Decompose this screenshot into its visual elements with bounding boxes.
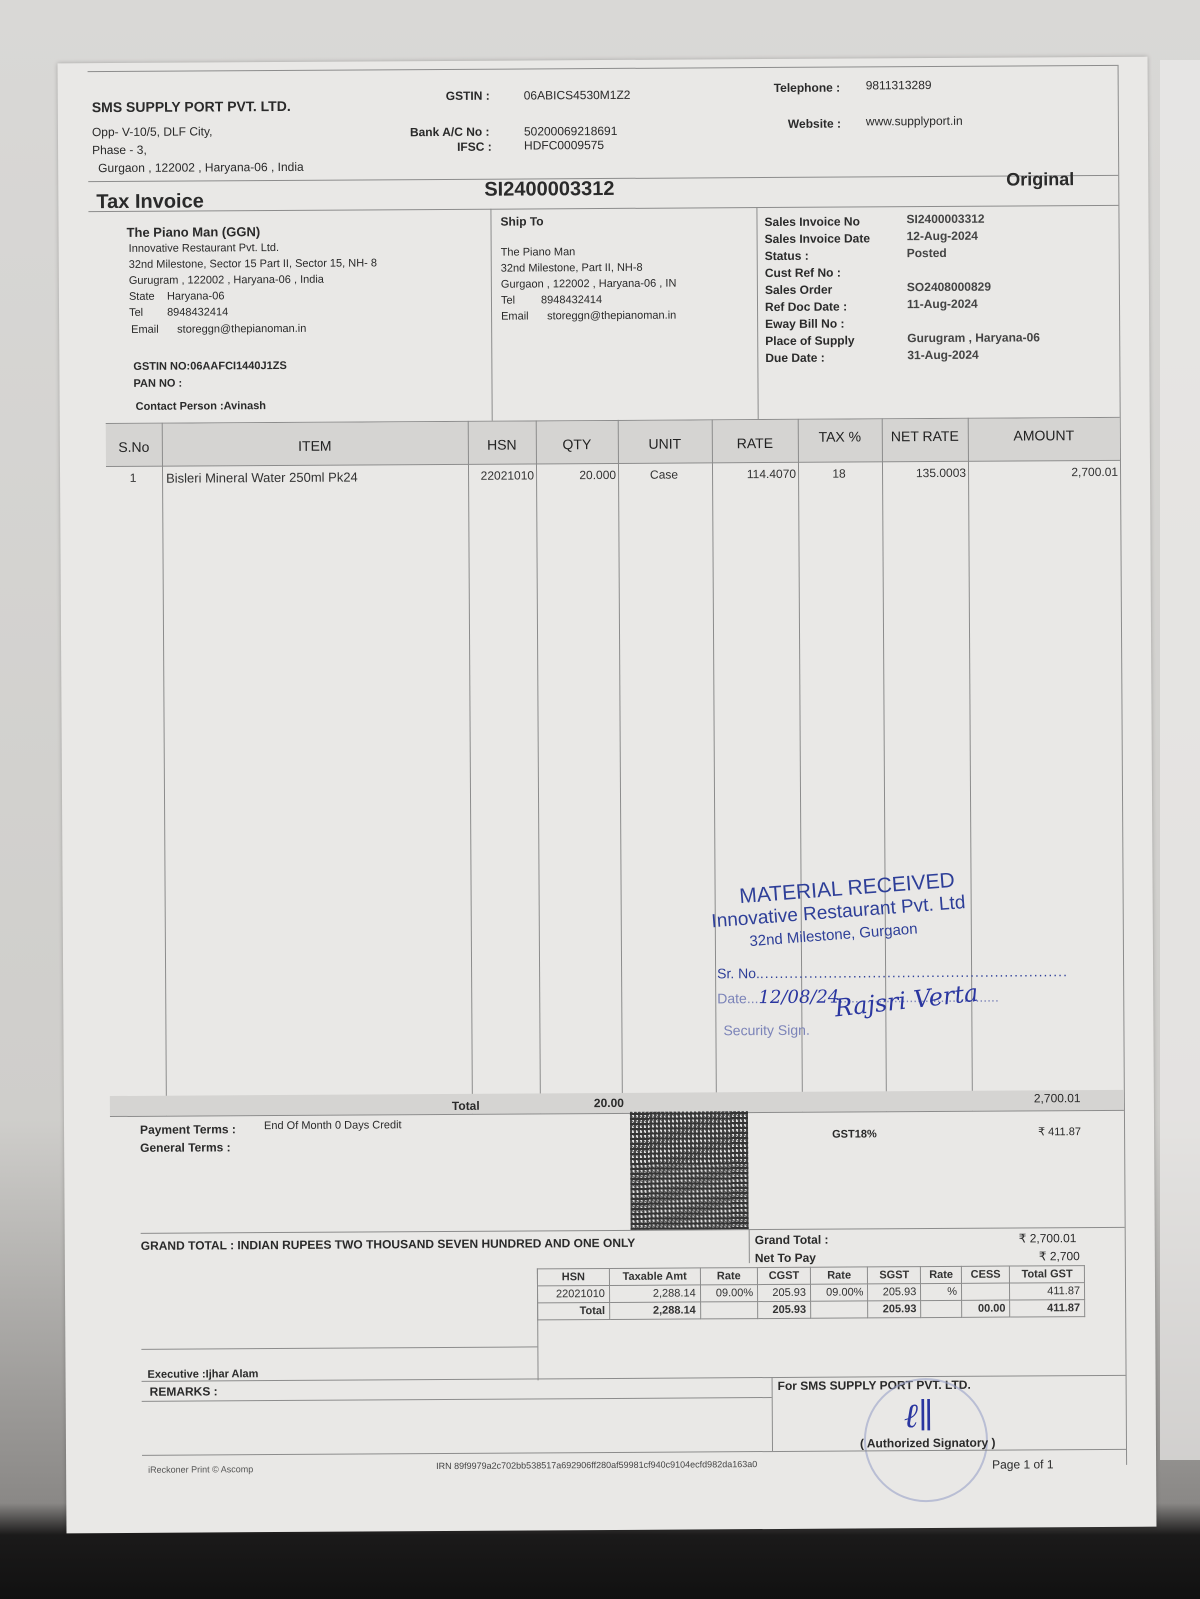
- ship-to-email-label: Email: [501, 310, 529, 322]
- meta-label: Sales Order: [765, 283, 832, 297]
- authorized-signatory: ( Authorized Signatory ): [860, 1436, 996, 1451]
- gst-value: ₹ 411.87: [1038, 1125, 1081, 1138]
- column-header[interactable]: S.No: [106, 439, 162, 455]
- bank-label: Bank A/C No :: [410, 125, 490, 139]
- table-cell: 2,700.01: [968, 465, 1118, 480]
- seller-address-3: Gurgaon , 122002 , Haryana-06 , India: [98, 160, 304, 175]
- grand-total-words: GRAND TOTAL : INDIAN RUPEES TWO THOUSAND…: [141, 1236, 636, 1253]
- column-header[interactable]: TAX %: [798, 428, 882, 445]
- column-header[interactable]: QTY: [536, 436, 618, 453]
- meta-value: 12-Aug-2024: [907, 229, 978, 243]
- table-cell: 114.4070: [712, 467, 796, 482]
- column-header[interactable]: AMOUNT: [968, 427, 1120, 444]
- bill-to-email: storeggn@thepianoman.in: [177, 323, 306, 336]
- meta-label: Sales Invoice Date: [765, 231, 870, 246]
- table-cell: 1: [106, 471, 160, 485]
- bill-to-pan: PAN NO :: [133, 378, 182, 390]
- executive-name: Executive :Ijhar Alam: [147, 1368, 258, 1381]
- bill-to-state-label: State: [129, 291, 155, 303]
- total-qty: 20.00: [594, 1096, 624, 1110]
- bill-to-name: The Piano Man (GGN): [127, 224, 261, 240]
- invoice-number: SI2400003312: [484, 178, 614, 202]
- total-label: Total: [452, 1099, 480, 1113]
- table-cell: 20.000: [536, 468, 616, 482]
- seller-address-1: Opp- V-10/5, DLF City,: [92, 124, 213, 139]
- ship-to-heading: Ship To: [500, 214, 543, 228]
- seller-gstin: 06ABICS4530M1Z2: [524, 88, 631, 103]
- meta-value: SI2400003312: [906, 212, 984, 226]
- seller-address-2: Phase - 3,: [92, 143, 147, 157]
- table-cell: 22021010: [468, 468, 534, 482]
- telephone-label: Telephone :: [774, 81, 841, 95]
- page-number: Page 1 of 1: [992, 1457, 1053, 1471]
- table-cell: 18: [798, 466, 880, 481]
- bill-to-tel: 8948432414: [167, 306, 228, 318]
- table-cell: Bisleri Mineral Water 250ml Pk24: [166, 469, 468, 486]
- meta-label: Ref Doc Date :: [765, 300, 847, 315]
- meta-value: Gurugram , Haryana-06: [907, 330, 1040, 345]
- bill-to-email-label: Email: [131, 324, 159, 336]
- paper-edge: [1160, 60, 1200, 1460]
- total-amount: 2,700.01: [1034, 1091, 1081, 1105]
- meta-label: Place of Supply: [765, 333, 854, 348]
- software-credit: iReckoner Print © Ascomp: [148, 1464, 253, 1475]
- copy-type: Original: [1006, 169, 1074, 190]
- ship-to-tel-label: Tel: [501, 295, 515, 307]
- meta-label: Cust Ref No :: [765, 266, 841, 280]
- meta-label: Status :: [765, 249, 809, 263]
- contact-person: Contact Person :Avinash: [136, 400, 266, 413]
- general-terms-label: General Terms :: [140, 1140, 231, 1155]
- stamp-sr-label: Sr. No..................................…: [717, 963, 1068, 981]
- bank-account: 50200069218691: [524, 124, 618, 139]
- seller-telephone: 9811313289: [866, 78, 932, 92]
- ship-to-tel: 8948432414: [541, 294, 602, 306]
- seller-name: SMS SUPPLY PORT PVT. LTD.: [92, 98, 291, 115]
- ifsc-label: IFSC :: [457, 140, 492, 154]
- irn-number: IRN 89f9979a2c702bb538517a692906ff280af5…: [436, 1459, 757, 1471]
- column-header[interactable]: ITEM: [162, 437, 468, 455]
- gst-summary-table: HSNTaxable AmtRateCGSTRateSGSTRateCESSTo…: [537, 1265, 1085, 1320]
- meta-value: 11-Aug-2024: [907, 297, 978, 311]
- column-header[interactable]: HSN: [468, 436, 536, 452]
- payment-terms-label: Payment Terms :: [140, 1122, 236, 1137]
- ship-to-line-1: 32nd Milestone, Part II, NH-8: [501, 262, 643, 275]
- bill-to-line-3: Gurugram , 122002 , Haryana-06 , India: [129, 274, 324, 287]
- bill-to-line-1: Innovative Restaurant Pvt. Ltd.: [129, 242, 279, 255]
- meta-value: SO2408000829: [907, 280, 991, 295]
- net-to-pay-label: Net To Pay: [755, 1251, 816, 1265]
- stamp-sign-label: Security Sign.: [723, 1022, 809, 1039]
- meta-label: Sales Invoice No: [764, 214, 859, 229]
- website-label: Website :: [788, 117, 841, 131]
- bill-to-state: Haryana-06: [167, 290, 225, 302]
- remarks-label: REMARKS :: [150, 1384, 218, 1398]
- invoice-paper: SMS SUPPLY PORT PVT. LTD. Opp- V-10/5, D…: [58, 57, 1157, 1534]
- bill-to-tel-label: Tel: [129, 307, 143, 319]
- seller-website[interactable]: www.supplyport.in: [866, 114, 963, 129]
- meta-label: Due Date :: [765, 351, 824, 365]
- meta-value: 31-Aug-2024: [907, 348, 978, 362]
- bill-to-gstin: GSTIN NO:06AAFCI1440J1ZS: [133, 360, 287, 373]
- payment-terms-value: End Of Month 0 Days Credit: [264, 1119, 402, 1132]
- column-header[interactable]: RATE: [712, 435, 798, 452]
- column-header[interactable]: UNIT: [618, 435, 712, 452]
- qr-code-icon: [630, 1111, 749, 1230]
- table-cell: Case: [618, 467, 710, 482]
- net-to-pay-value: ₹ 2,700: [1039, 1249, 1080, 1263]
- grand-total-label: Grand Total :: [755, 1233, 829, 1247]
- bill-to-line-2: 32nd Milestone, Sector 15 Part II, Secto…: [129, 257, 377, 271]
- gstin-label: GSTIN :: [446, 89, 490, 103]
- ship-to-email: storeggn@thepianoman.in: [547, 310, 676, 323]
- signatory-signature-icon: ℓ∥: [904, 1396, 934, 1436]
- column-header[interactable]: NET RATE: [882, 428, 968, 445]
- ship-to-name: The Piano Man: [501, 246, 576, 258]
- gst-row: Total2,288.14205.93205.9300.00411.87: [538, 1300, 1085, 1320]
- ship-to-line-2: Gurgaon , 122002 , Haryana-06 , IN: [501, 278, 677, 291]
- stamp-date-value: 12/08/24: [758, 987, 839, 1008]
- invoice-frame: SMS SUPPLY PORT PVT. LTD. Opp- V-10/5, D…: [88, 65, 1127, 1511]
- grand-total-value: ₹ 2,700.01: [1019, 1231, 1077, 1245]
- table-cell: 135.0003: [882, 466, 966, 481]
- meta-label: Eway Bill No :: [765, 317, 844, 331]
- meta-value: Posted: [907, 246, 947, 260]
- gst-label: GST18%: [832, 1128, 877, 1140]
- ifsc-code: HDFC0009575: [524, 138, 604, 152]
